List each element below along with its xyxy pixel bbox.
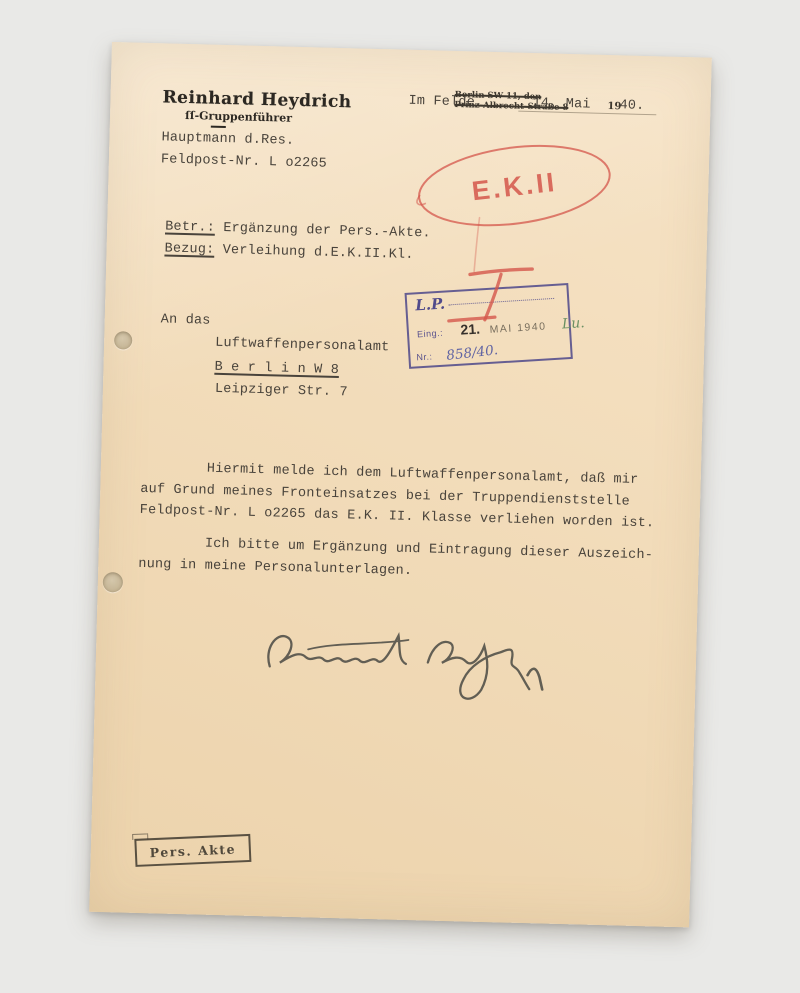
betr-label: Betr.: <box>165 219 215 235</box>
bezug-label: Bezug: <box>164 241 214 257</box>
red-numeral-top-bar <box>470 267 532 276</box>
entry-stamp-initials: Lu. <box>562 315 586 332</box>
body-paragraph-1: Hiermit melde ich dem Luftwaffenpersonal… <box>139 457 686 536</box>
sender-feldpost-line: Feldpost-Nr. L o2265 <box>161 149 328 175</box>
file-stamp-box: Pers. Akte <box>134 834 251 867</box>
punch-hole-bottom <box>103 572 124 593</box>
ekii-stamp-label: E.K.II <box>470 167 558 206</box>
dateline-typed-date: 14. Mai <box>532 96 590 113</box>
entry-stamp-date-rest: MAI 1940 <box>489 320 547 335</box>
body-paragraph-2: Ich bitte um Ergänzung und Eintragung di… <box>138 532 684 589</box>
ekii-stamp: E.K.II <box>403 133 626 239</box>
bezug-text: Verleihung d.E.K.II.Kl. <box>214 242 414 262</box>
subject-block: Betr.: Ergänzung der Pers.-Akte. Bezug: … <box>164 216 431 266</box>
signature-last-name-stroke <box>427 641 530 700</box>
entry-stamp-dotted-line <box>448 298 554 305</box>
letterhead-rank: ſſ-Gruppenführer <box>185 109 292 125</box>
recipient-line-city: B e r l i n W 8 <box>214 360 339 378</box>
entry-stamp-box: L.P. Eing.: 21. MAI 1940 Lu. Nr.: 858/40… <box>405 283 573 369</box>
recipient-line-office: Luftwaffenpersonalamt <box>215 336 390 356</box>
entry-stamp-nr-value: 858/40. <box>445 342 498 364</box>
punch-hole-top <box>114 331 132 349</box>
betr-text: Ergänzung der Pers.-Akte. <box>215 221 431 242</box>
entry-stamp-eing-label: Eing.: <box>417 328 444 340</box>
recipient-line-street: Leipziger Str. 7 <box>215 382 348 400</box>
recipient-line-an-das: An das <box>161 312 211 328</box>
entry-stamp-lp-label: L.P. <box>415 295 446 315</box>
sender-block: Hauptmann d.Res. Feldpost-Nr. L o2265 <box>161 127 328 174</box>
letterhead-divider <box>211 126 226 128</box>
signature-end-flick <box>527 669 543 690</box>
signature-first-name-stroke <box>268 632 406 670</box>
entry-stamp-nr-row: Nr.: 858/40. <box>416 342 498 365</box>
dateline-typed-year: 40. <box>619 98 644 114</box>
entry-stamp-lp-row: L.P. <box>415 288 555 315</box>
signature <box>255 608 557 711</box>
entry-stamp-eing-row: Eing.: 21. MAI 1940 Lu. <box>416 314 585 342</box>
photo-background: { "letterhead": { "name": "Reinhard Heyd… <box>0 0 800 993</box>
document-paper: Reinhard Heydrich ſſ-Gruppenführer Haupt… <box>89 42 712 927</box>
file-stamp-label: Pers. Akte <box>149 841 236 860</box>
entry-stamp-date-day: 21. <box>460 321 480 338</box>
entry-stamp-nr-label: Nr.: <box>416 351 433 362</box>
